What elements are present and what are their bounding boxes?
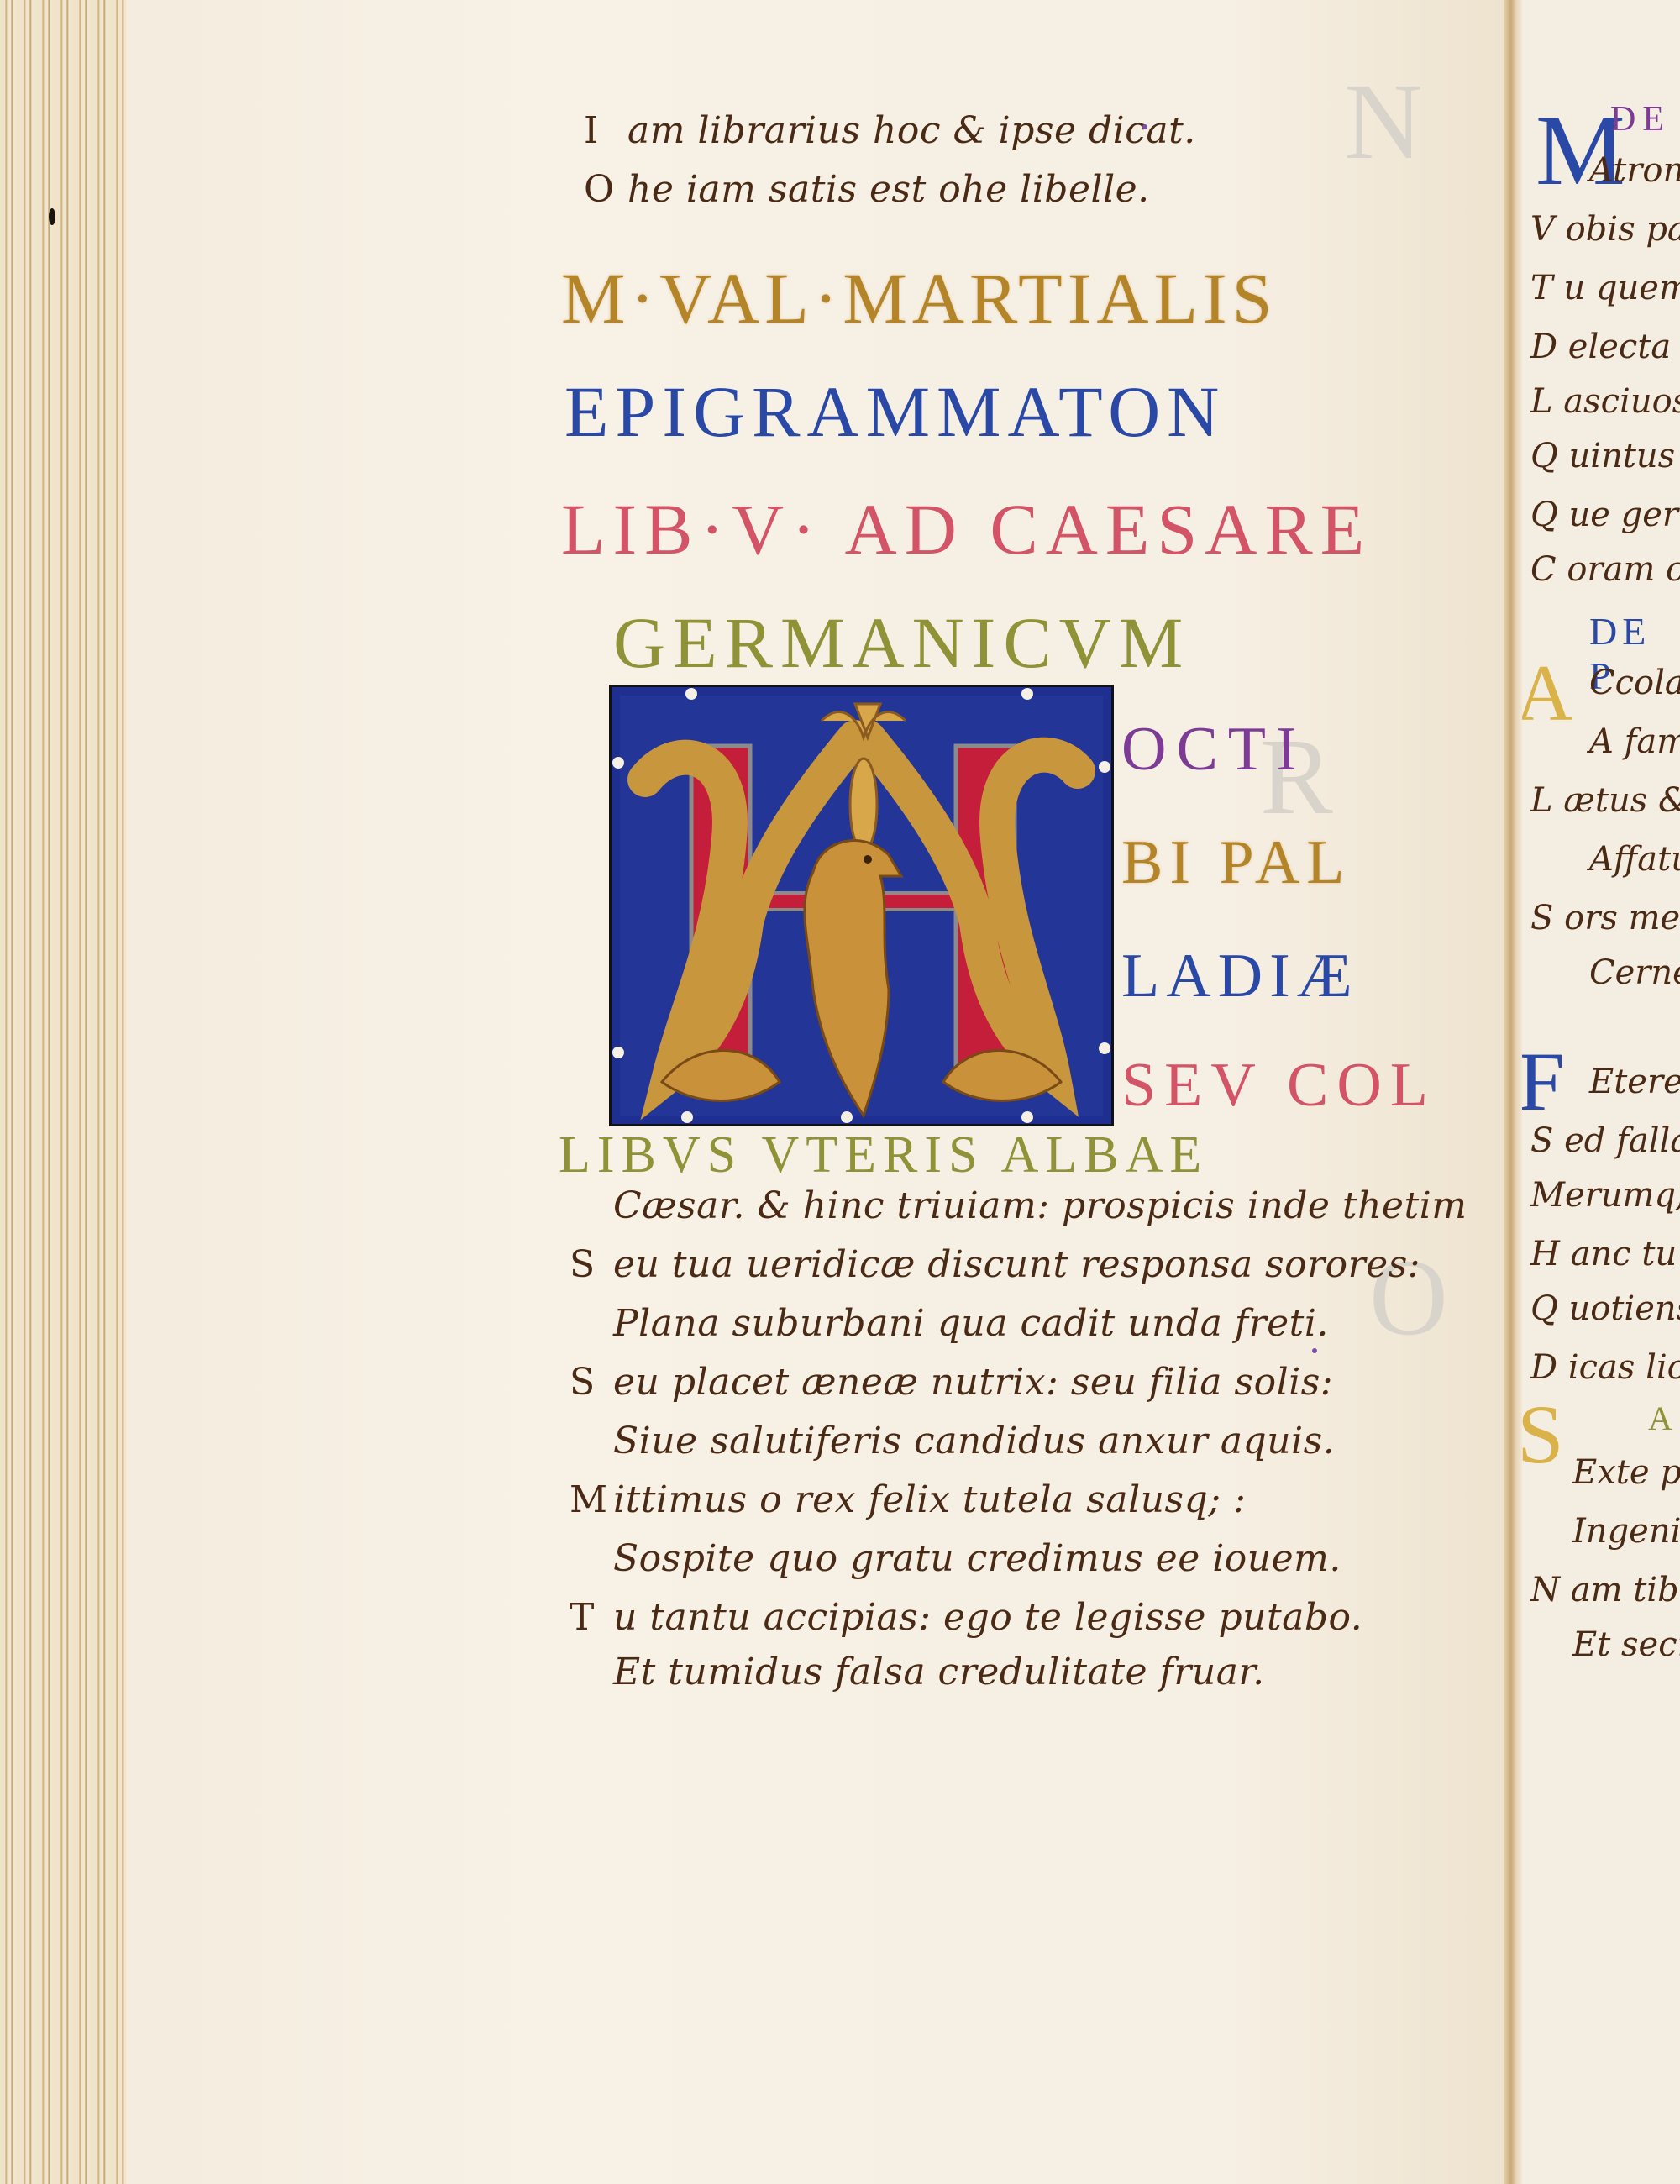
rp-initial-f: F [1522, 1033, 1565, 1130]
rp-line: Exte pa [1572, 1453, 1680, 1492]
rp-line: Cerner [1589, 953, 1680, 992]
verse-line-5: Siue salutiferis candidus anxur aquis. [570, 1420, 1335, 1462]
book-gutter [1504, 0, 1522, 2184]
continuation-heading: LIBVS VTERIS ALBAE [559, 1126, 1208, 1185]
page-edge-stack [0, 0, 126, 2184]
rp-line: Etere n [1589, 1063, 1680, 1101]
rp-line: Ingenio [1572, 1512, 1680, 1551]
rp-line: N am tibi [1530, 1571, 1680, 1609]
rp-line: Ccola i [1589, 664, 1680, 702]
top-line-1: Iam librarius hoc & ipse dicat. [584, 109, 1196, 152]
rp-line: S ed falla [1530, 1121, 1680, 1160]
rp-line: Q uotiens [1530, 1289, 1680, 1328]
rp-initial-a: A [1522, 647, 1573, 739]
verse-line-6: Mittimus o rex felix tutela salusq; : [570, 1478, 1246, 1521]
verse-line-7: Sospite quo gratu credimus ee iouem. [570, 1537, 1341, 1580]
top-line-2: Ohe iam satis est ohe libelle. [584, 168, 1150, 211]
ink-dot [1312, 1348, 1317, 1353]
verse-line-3: Plana suburbani qua cadit unda freti. [570, 1302, 1329, 1345]
heading-work: EPIGRAMMATON [564, 370, 1226, 454]
rp-line: Q uintus [1530, 437, 1675, 475]
initial-line-2: BI PAL [1121, 827, 1352, 899]
rp-line: Atrona [1589, 151, 1680, 190]
heading-author: M·VAL·MARTIALIS [561, 256, 1277, 340]
initial-line-3: LADIÆ [1121, 941, 1359, 1012]
illuminated-initial-h [609, 685, 1114, 1126]
rp-line: D electa [1530, 328, 1671, 366]
rp-line: H anc tu [1530, 1235, 1677, 1273]
right-page: M DE Atrona V obis pa T u quem D electa … [1522, 0, 1680, 2184]
verse-line-2: Seu tua ueridicæ discunt responsa sorore… [570, 1243, 1420, 1286]
rp-line: L asciuos [1530, 382, 1680, 421]
rp-line: A famu [1589, 722, 1680, 761]
rp-heading-4: A [1648, 1399, 1672, 1438]
rp-heading-1: DE [1610, 99, 1671, 139]
rp-line: C oram c [1530, 550, 1680, 589]
rp-line: D icas lic [1530, 1348, 1680, 1387]
rp-line: Q ue ger [1530, 496, 1678, 534]
rp-initial-s: S [1522, 1386, 1564, 1483]
rp-line: V obis pa [1530, 210, 1680, 249]
rp-line: Merumq; [1530, 1176, 1680, 1215]
rp-line: Et secre [1572, 1625, 1680, 1664]
ink-dot [1142, 124, 1147, 129]
show-through-initial-n: N [1344, 59, 1423, 185]
eagle-acanthus-h-icon [612, 687, 1111, 1124]
initial-line-4: SEV COL [1121, 1050, 1436, 1121]
rp-line: L ætus & [1530, 781, 1680, 820]
heading-book: LIB·V· AD CAESARE [561, 487, 1372, 571]
verse-line-8: Tu tantu accipias: ego te legisse putabo… [570, 1596, 1362, 1639]
heading-dedicatee: GERMANICVM [613, 601, 1190, 685]
rp-line: Affatu [1589, 840, 1680, 879]
verse-line-1: Cæsar. & hinc triuiam: prospicis inde th… [570, 1184, 1467, 1227]
verse-line-4: Seu placet æneæ nutrix: seu filia solis: [570, 1361, 1333, 1404]
verse-line-9: Et tumidus falsa credulitate fruar. [570, 1651, 1265, 1693]
rp-line: S ors mea [1530, 899, 1680, 937]
binding-hole [49, 208, 55, 225]
initial-line-1: OCTI [1121, 714, 1307, 785]
rp-line: T u quem [1530, 269, 1680, 307]
